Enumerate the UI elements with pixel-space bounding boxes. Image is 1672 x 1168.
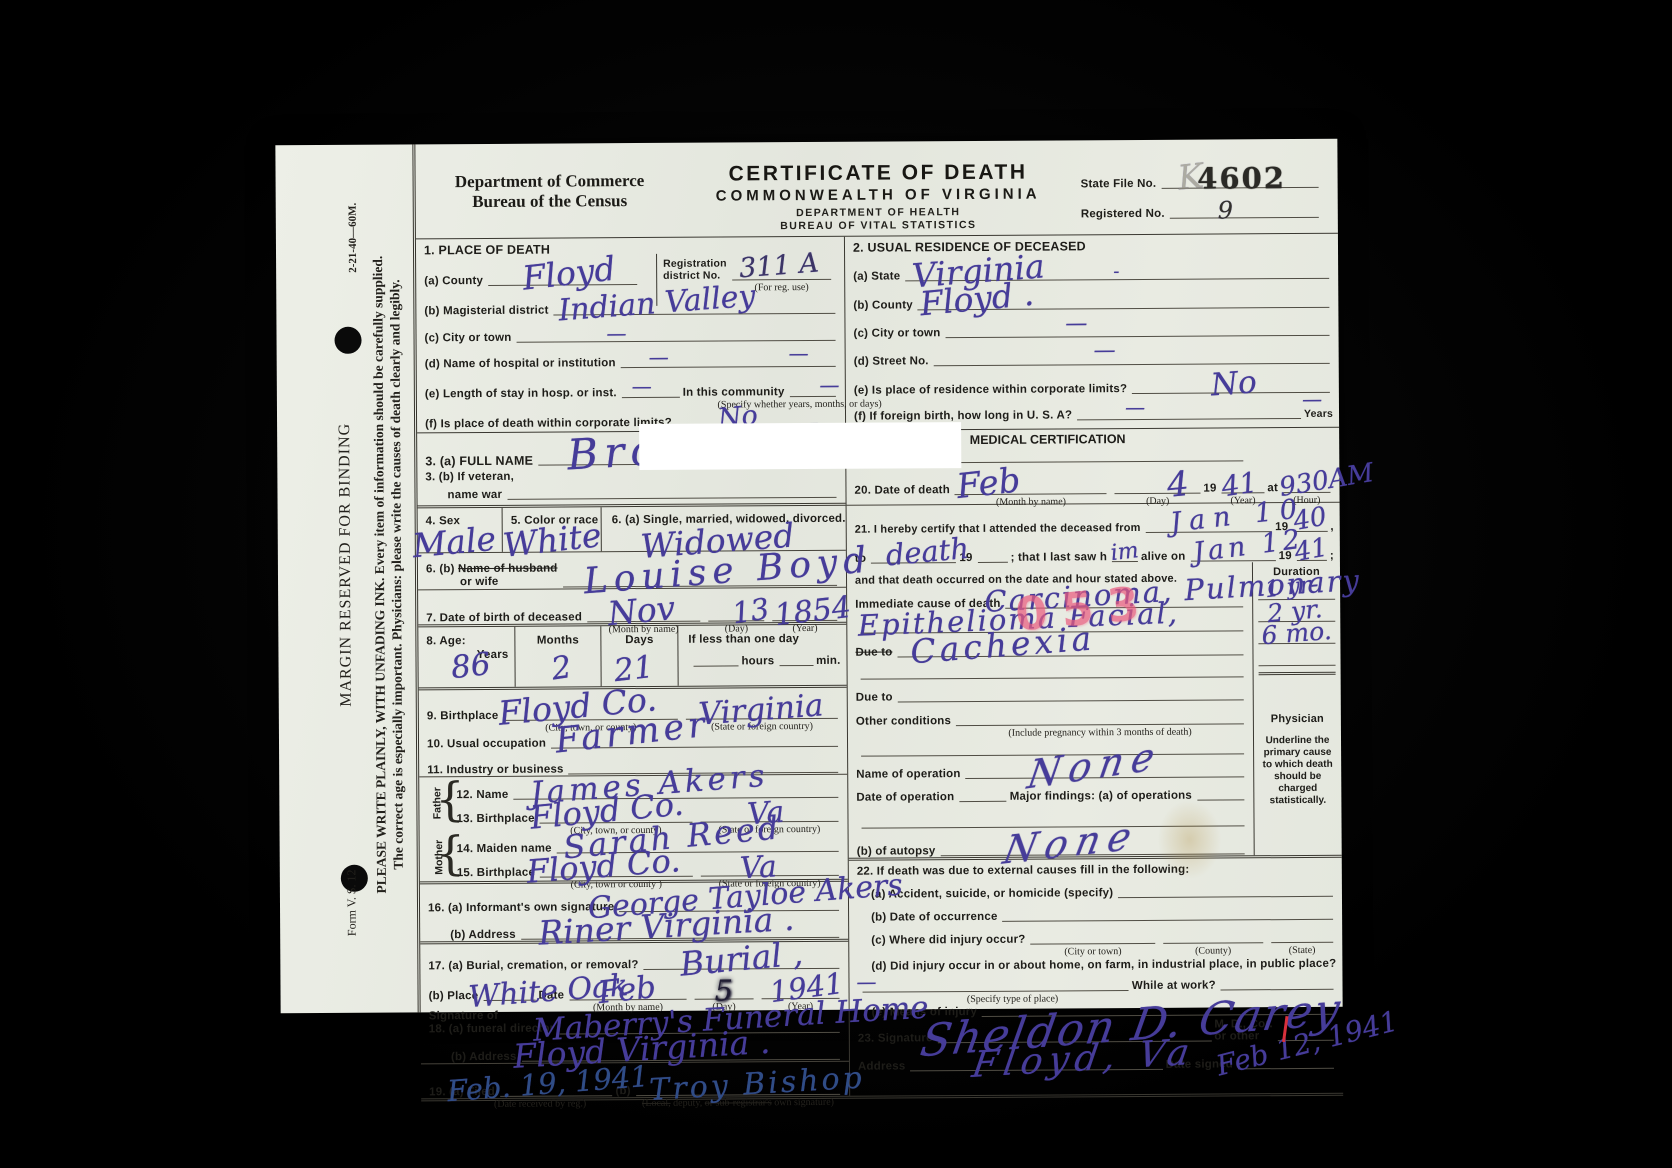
- date-signed-line: Feb 12, 1941: [1238, 1068, 1334, 1070]
- due-to-2-label: Due to: [856, 691, 893, 703]
- operation-row: Name of operation None: [848, 755, 1253, 780]
- registration-label-1: Registration: [663, 257, 727, 269]
- margin-form-number: Form V. S. 12: [344, 869, 359, 936]
- hours-label: hours: [741, 655, 774, 667]
- registrar-caption-local: (Local,: [642, 1098, 671, 1109]
- agency-line-1: Department of Commerce: [416, 171, 684, 193]
- state-file-value: 4602: [1197, 166, 1286, 191]
- informant-address-label: (b) Address: [428, 929, 516, 942]
- duration-value-1: 1 yr-: [1264, 576, 1320, 601]
- father-birthplace-line: (City, town, or county) Floyd Co.: [540, 822, 692, 824]
- residence-city-dash: —: [1065, 316, 1087, 335]
- birthplace-row: 9. Birthplace (City, town, or county) Fl…: [419, 685, 847, 723]
- age-days-value: 21: [613, 654, 655, 685]
- full-name-label: 3. (a) FULL NAME: [425, 455, 533, 468]
- duration-line-4: [1259, 665, 1336, 666]
- magisterial-district-label: (b) Magisterial district: [424, 305, 548, 318]
- place-of-death-section: 1. PLACE OF DEATH Registration district …: [416, 237, 846, 433]
- age-years-cell: 8. Age: Years 86: [418, 627, 515, 688]
- city-or-town-value: —: [606, 325, 626, 342]
- medical-column: MEDICAL CERTIFICATION 053 20. Date of de…: [846, 462, 1343, 1096]
- residence-city-label: (c) City or town: [853, 327, 940, 340]
- funeral-director-sublabel: 18. (a) funeral director: [429, 1023, 555, 1036]
- margin-binding-note: MARGIN RESERVED FOR BINDING: [336, 423, 356, 707]
- dob-day-value: 13: [731, 597, 771, 627]
- registrar-caption-own-sig: own signature): [772, 1097, 834, 1108]
- alive-year-line: 41: [1297, 560, 1327, 561]
- physician-address-line: Floyd, Va: [910, 1069, 1162, 1072]
- veteran-label-2: name war: [447, 489, 502, 501]
- duration-header: Duration: [1258, 564, 1335, 578]
- issuing-agency: Department of Commerce Bureau of the Cen…: [415, 163, 683, 213]
- years-suffix: Years: [1304, 408, 1333, 420]
- registrar-caption-subregistrar: or sub-registrar's: [705, 1097, 772, 1108]
- attended-from-row: 21. I hereby certify that I attended the…: [847, 503, 1340, 536]
- redaction-box: [639, 422, 961, 470]
- death-at-label: at: [1267, 482, 1278, 494]
- corporate-limits-label: (f) Is place of death within corporate l…: [425, 417, 672, 431]
- burial-date-label: Date: [538, 990, 564, 1002]
- father-birthplace-state-line: (State or foreign country) Va: [700, 821, 838, 823]
- mother-block: Mother { 14. Maiden name Sarah Reed 15. …: [420, 829, 848, 882]
- mother-name-label: 14. Maiden name: [457, 843, 552, 856]
- funeral-address-row: (b) Address Floyd Virginia .: [421, 1034, 849, 1064]
- last-saw-label: ; that I last saw h: [1011, 551, 1108, 564]
- physician-signature-row: 23. Signature Sheldon D. Carey M. D., Co…: [850, 1016, 1343, 1045]
- upper-sections: 1. PLACE OF DEATH Registration district …: [416, 233, 1339, 433]
- veteran-line: [507, 497, 836, 500]
- filed-line: (Date received by reg.) Feb. 19, 1941: [500, 1095, 612, 1097]
- foreign-birth-label: (f) If foreign birth, how long in U. S. …: [854, 409, 1072, 422]
- spouse-label-num: 6. (b): [426, 563, 455, 575]
- informant-address-row: (b) Address Riner Virginia .: [420, 912, 848, 942]
- state-file-label: State File No.: [1081, 178, 1157, 190]
- while-at-work-label: While at work?: [1132, 980, 1216, 993]
- father-birthplace-label: 13. Birthplace: [456, 813, 534, 825]
- hours-line: [694, 665, 739, 666]
- certificate-title-block: CERTIFICATE OF DEATH COMMONWEALTH OF VIR…: [683, 160, 1072, 232]
- signature-label: 23. Signature: [858, 1032, 933, 1044]
- dob-day-caption: (Day): [708, 623, 765, 634]
- filed-label: 19. (a) Filed: [429, 1086, 495, 1098]
- industry-row: 11. Industry or business: [419, 748, 847, 777]
- form-header: Department of Commerce Bureau of the Cen…: [415, 139, 1338, 239]
- file-numbers: State File No. K 4602 Registered No. 9: [1072, 159, 1337, 221]
- margin-form-code: 2-21-40—60M.: [347, 203, 359, 273]
- dob-row: 7. Date of birth of deceased (Month by n…: [418, 587, 846, 625]
- foreign-birth-dash-under-no: —: [1125, 399, 1145, 416]
- age-months-header: Months: [537, 634, 579, 646]
- signature-of-label: Signature of: [429, 1010, 499, 1022]
- sex-label: 4. Sex: [426, 515, 461, 527]
- duration-physician-rail: Duration 1 yr- 2 yr.: [1252, 562, 1342, 856]
- hospital-dash-2: —: [789, 345, 809, 362]
- filed-b-label: (b): [615, 1085, 630, 1097]
- death-year-prefix: 19: [1203, 483, 1216, 495]
- to-year-prefix: 19: [959, 552, 972, 564]
- city-or-town-label: (c) City or town: [425, 332, 512, 345]
- death-month-line: (Month by name) Feb: [955, 493, 1107, 495]
- funeral-address-label: (b) Address: [429, 1051, 517, 1064]
- him-line: im: [1112, 561, 1138, 562]
- date-of-death-label: 20. Date of death: [854, 484, 950, 497]
- from-comma: ,: [1330, 521, 1333, 533]
- commonwealth-subtitle: COMMONWEALTH OF VIRGINIA: [684, 185, 1073, 204]
- injury-place-answer-row: (Specify type of place) — While at work?: [849, 970, 1342, 994]
- spare-cause-line-row: [848, 656, 1253, 680]
- physician-note-text: Underline the primary cause to which dea…: [1259, 735, 1336, 807]
- alive-year-value: 41: [1293, 536, 1330, 564]
- hospital-dash-1: —: [649, 349, 669, 366]
- spouse-label-orwife: or wife: [426, 576, 499, 588]
- burial-place-row: (b) Place White Oak Date (Month by name)…: [420, 970, 848, 1003]
- birthplace-label: 9. Birthplace: [427, 710, 499, 722]
- death-day-line: (Day) 4: [1115, 493, 1200, 495]
- burial-place-label: (b) Place: [429, 990, 479, 1002]
- other-conditions-label: Other conditions: [856, 715, 951, 728]
- duration-end-rule: [1259, 672, 1336, 679]
- father-side-label: Father: [431, 787, 443, 819]
- alive-semicolon: ;: [1330, 550, 1334, 562]
- registrar-caption-deputy: deputy,: [671, 1098, 705, 1109]
- foreign-birth-line: — —: [1077, 418, 1301, 420]
- margin-instruction-2: The correct age is especially important.…: [387, 279, 407, 869]
- occupation-row: 10. Usual occupation Farmer: [419, 720, 847, 751]
- street-no-dash: —: [1094, 342, 1116, 361]
- red-ink-mark: [1282, 1016, 1288, 1042]
- min-line: [779, 665, 813, 666]
- county-label: (a) County: [424, 275, 483, 287]
- father-name-label: 12. Name: [456, 789, 508, 801]
- dob-month-line: (Month by name) Nov: [587, 621, 700, 623]
- injury-where-label: (c) Where did injury occur?: [857, 934, 1025, 947]
- dob-year-caption: (Year): [773, 623, 838, 634]
- registered-no-value: 9: [1218, 200, 1233, 220]
- registrar-line: (Local, deputy, or sub-registrar's own s…: [636, 1094, 840, 1096]
- spouse-label: 6. (b) Name of husband or wife: [426, 563, 558, 590]
- age-months-value: 2: [550, 654, 573, 683]
- him-value: im: [1110, 542, 1140, 564]
- alive-on-label: alive on: [1141, 551, 1185, 563]
- registration-line: (For reg. use) 311 A: [732, 279, 831, 281]
- registration-label-2: district No.: [663, 269, 727, 281]
- alive-year-prefix: 19: [1279, 550, 1292, 562]
- community-line: (Specify whether years, months, or days)…: [790, 396, 836, 397]
- major-findings-label: Major findings: (a) of operations: [1010, 790, 1192, 803]
- duration-value-2: 2 yr.: [1266, 598, 1323, 624]
- other-conditions-row: Other conditions (Include pregnancy with…: [848, 701, 1253, 727]
- marital-cell: 6. (a) Single, married, widowed, divorce…: [602, 506, 846, 551]
- color-race-cell: 5. Color or race White: [503, 507, 602, 552]
- marital-label: 6. (a) Single, married, widowed, divorce…: [612, 513, 846, 526]
- length-of-stay-line: —: [622, 397, 680, 398]
- physician-address-row: Address Floyd, Va Date signed Feb 12, 19…: [850, 1042, 1343, 1073]
- registrar-caption: (Local, deputy, or sub-registrar's own s…: [636, 1097, 840, 1109]
- due-to-2-row: Due to: [848, 678, 1253, 703]
- means-of-injury-row: (e) Means of injury: [850, 991, 1343, 1019]
- autopsy-label: (b) of autopsy: [857, 845, 936, 857]
- from-year-prefix: 19: [1275, 521, 1288, 533]
- certificate-paper: 2-21-40—60M. MARGIN RESERVED FOR BINDING…: [275, 139, 1342, 1013]
- to-label: to: [855, 553, 866, 565]
- mother-birthplace-label: 15. Birthplace: [457, 867, 535, 879]
- death-hour-line: (Hour) 930AM: [1283, 492, 1331, 493]
- residence-state-dot: -: [1113, 264, 1119, 279]
- burial-row: 17. (a) Burial, cremation, or removal? B…: [420, 939, 848, 973]
- less-than-day-label: If less than one day: [688, 633, 840, 646]
- funeral-director-row: Signature of 18. (a) funeral director Ma…: [421, 1000, 849, 1037]
- physician-note-title: Physician: [1259, 713, 1336, 725]
- stain: [1157, 799, 1221, 879]
- age-months-cell: Months 2: [515, 626, 601, 687]
- due-to-1-label: Due to: [855, 646, 892, 658]
- spouse-row: 6. (b) Name of husband or wife Louise Bo…: [418, 550, 846, 590]
- punch-hole-top: [334, 327, 361, 354]
- spouse-label-struck: Name of husband: [458, 563, 558, 576]
- agency-line-2: Bureau of the Census: [416, 191, 684, 213]
- informant-label: 16. (a) Informant's own signature: [428, 901, 614, 914]
- residence-county-label: (b) County: [853, 299, 913, 311]
- registered-no-label: Registered No.: [1081, 208, 1165, 221]
- mother-birthplace-state-line: (State or foreign country) Va: [700, 875, 838, 877]
- dob-label: 7. Date of birth of deceased: [426, 611, 582, 624]
- last-saw-row: to death 19 ; that I last saw h im alive…: [847, 533, 1340, 565]
- operation-label: Name of operation: [856, 768, 960, 781]
- sex-color-marital-band: 4. Sex Male 5. Color or race White 6. (a…: [418, 503, 846, 553]
- in-this-community-label: In this community: [683, 386, 785, 399]
- occupation-label: 10. Usual occupation: [427, 738, 546, 751]
- mother-side-label: Mother: [433, 840, 445, 875]
- md-cor-line-1: M. D., Cor.: [1214, 1018, 1273, 1030]
- means-of-injury-label: (e) Means of injury: [858, 1006, 977, 1019]
- md-cor-label: M. D., Cor. or other: [1214, 1018, 1273, 1042]
- foreign-birth-dash: —: [1302, 391, 1322, 408]
- age-label: 8. Age:: [426, 635, 465, 647]
- filed-row: 19. (a) Filed (Date received by reg.) Fe…: [421, 1061, 849, 1099]
- occurrence-date-label: (b) Date of occurrence: [857, 911, 998, 924]
- veteran-row: 3. (b) If veteran, name war: [417, 465, 845, 506]
- residence-state-label: (a) State: [853, 270, 900, 282]
- immediate-cause-label: Immediate cause of death: [855, 598, 1000, 611]
- funeral-director-label: Signature of 18. (a) funeral director: [429, 1010, 555, 1037]
- age-days-header: Days: [625, 634, 653, 646]
- to-year-line: [978, 562, 1008, 563]
- color-race-label: 5. Color or race: [511, 514, 599, 527]
- spare-other-line-row: [848, 725, 1253, 757]
- certificate-title: CERTIFICATE OF DEATH: [683, 160, 1072, 186]
- filed-caption: (Date received by reg.): [440, 1098, 640, 1110]
- dob-year-line: (Year) 1854: [773, 620, 838, 621]
- length-of-stay-label: (e) Length of stay in hosp. or inst.: [425, 387, 617, 400]
- min-label: min.: [816, 655, 841, 667]
- father-birthplace-state-value: Va: [746, 799, 785, 827]
- form-body: Department of Commerce Bureau of the Cen…: [412, 139, 1342, 1013]
- bureau-of-vital-statistics: Bureau of Vital Statistics: [684, 218, 1073, 232]
- physician-address-label: Address: [858, 1060, 905, 1072]
- dept-of-health: Department of Health: [684, 205, 1073, 219]
- from-year-value: 40: [1291, 505, 1328, 533]
- duration-value-3: 6 mo.: [1261, 620, 1333, 647]
- operation-date-label: Date of operation: [856, 791, 954, 804]
- sex-cell: 4. Sex Male: [418, 508, 503, 553]
- external-causes-section: 22. If death was due to external causes …: [849, 855, 1343, 1019]
- age-days-cell: Days 21: [601, 626, 678, 686]
- registered-no-line: 9: [1170, 217, 1319, 219]
- mother-birthplace-line: (City, town or county ) Floyd Co.: [540, 876, 692, 878]
- informant-row: 16. (a) Informant's own signature George…: [420, 879, 848, 915]
- father-block: Father { 12. Name James Akers 13. Birthp…: [419, 774, 847, 828]
- death-year-line: (Year) 41: [1222, 492, 1265, 493]
- date-signed-label: Date signed: [1166, 1058, 1233, 1070]
- registration-district-value: 311 A: [738, 253, 819, 282]
- md-cor-line-2: or other: [1214, 1030, 1259, 1042]
- age-years-header: Years: [426, 649, 514, 662]
- street-no-label: (d) Street No.: [854, 355, 929, 367]
- personal-column: 3. (b) If veteran, name war 4. Sex Male …: [417, 465, 850, 1099]
- dob-day-line: (Day) 13: [708, 620, 765, 621]
- physician-address-value: Floyd, Va: [971, 1038, 1198, 1082]
- community-dash: —: [819, 377, 839, 394]
- main-sections: 3. (b) If veteran, name war 4. Sex Male …: [417, 462, 1343, 1102]
- usual-residence-section: 2. USUAL RESIDENCE OF DECEASED (a) State…: [845, 234, 1339, 430]
- length-of-stay-dash: —: [632, 378, 652, 395]
- injury-place-dash: —: [856, 974, 876, 991]
